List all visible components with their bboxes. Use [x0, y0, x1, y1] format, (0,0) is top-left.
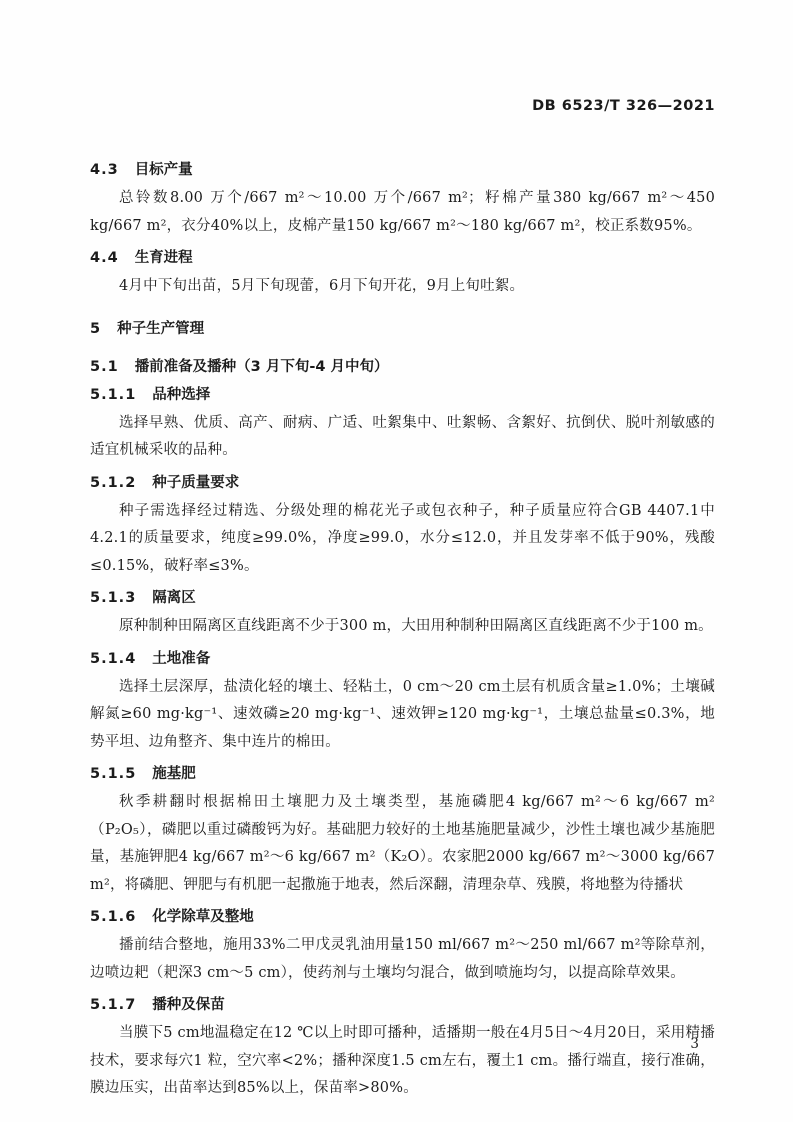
- section-number: 5.1.4: [90, 651, 136, 667]
- section-title: 隔离区: [152, 590, 196, 606]
- section-5-1-1: 5.1.1品种选择 选择早熟、优质、高产、耐病、广适、吐絮集中、吐絮畅、含絮好、…: [90, 385, 715, 465]
- paragraph: 播前结合整地，施用33%二甲戊灵乳油用量150 ml/667 m²～250 ml…: [90, 932, 715, 987]
- section-heading: 5.1.5施基肥: [90, 764, 715, 784]
- section-number: 5.1.3: [90, 590, 136, 606]
- page-content: DB 6523/T 326—2021 4.3目标产量 总铃数8.00 万个/66…: [0, 0, 793, 1103]
- section-5-1-7: 5.1.7播种及保苗 当膜下5 cm地温稳定在12 ℃以上时即可播种，适播期一般…: [90, 995, 715, 1103]
- section-heading: 5.1.2种子质量要求: [90, 473, 715, 493]
- section-5: 5种子生产管理: [90, 319, 715, 339]
- section-number: 5: [90, 321, 101, 337]
- section-5-1-5: 5.1.5施基肥 秋季耕翻时根据棉田土壤肥力及土壤类型，基施磷肥4 kg/667…: [90, 764, 715, 899]
- section-heading: 5.1.3隔离区: [90, 588, 715, 608]
- section-number: 4.4: [90, 250, 119, 266]
- paragraph: 选择土层深厚，盐渍化轻的壤土、轻粘土，0 cm～20 cm土层有机质含量≥1.0…: [90, 674, 715, 757]
- section-number: 5.1.6: [90, 909, 136, 925]
- paragraph: 秋季耕翻时根据棉田土壤肥力及土壤类型，基施磷肥4 kg/667 m²～6 kg/…: [90, 789, 715, 899]
- section-title: 种子质量要求: [152, 475, 239, 491]
- section-title: 施基肥: [152, 766, 196, 782]
- standard-code: DB 6523/T 326—2021: [90, 98, 715, 114]
- section-heading: 4.3目标产量: [90, 160, 715, 180]
- section-title: 生育进程: [135, 250, 193, 266]
- section-heading: 5.1.1品种选择: [90, 385, 715, 405]
- section-title: 播种及保苗: [152, 997, 225, 1013]
- section-4-4: 4.4生育进程 4月中下旬出苗，5月下旬现蕾，6月下旬开花，9月上旬吐絮。: [90, 248, 715, 301]
- paragraph: 原种制种田隔离区直线距离不少于300 m，大田用种制种田隔离区直线距离不少于10…: [90, 613, 715, 641]
- paragraph: 种子需选择经过精选、分级处理的棉花光子或包衣种子，种子质量应符合GB 4407.…: [90, 498, 715, 581]
- section-number: 5.1.5: [90, 766, 136, 782]
- paragraph: 4月中下旬出苗，5月下旬现蕾，6月下旬开花，9月上旬吐絮。: [90, 273, 715, 301]
- section-title: 化学除草及整地: [152, 909, 254, 925]
- section-title: 播前准备及播种（3 月下旬-4 月中旬）: [135, 359, 389, 375]
- section-title: 种子生产管理: [117, 321, 204, 337]
- paragraph: 选择早熟、优质、高产、耐病、广适、吐絮集中、吐絮畅、含絮好、抗倒伏、脱叶剂敏感的…: [90, 410, 715, 465]
- section-heading: 5.1.6化学除草及整地: [90, 907, 715, 927]
- paragraph: 当膜下5 cm地温稳定在12 ℃以上时即可播种，适播期一般在4月5日～4月20日…: [90, 1020, 715, 1103]
- section-5-1-3: 5.1.3隔离区 原种制种田隔离区直线距离不少于300 m，大田用种制种田隔离区…: [90, 588, 715, 641]
- section-title: 土地准备: [152, 651, 210, 667]
- section-number: 4.3: [90, 162, 119, 178]
- page-number: 3: [690, 1036, 699, 1052]
- section-number: 5.1.2: [90, 475, 136, 491]
- section-heading: 5.1播前准备及播种（3 月下旬-4 月中旬）: [90, 357, 715, 377]
- section-title: 品种选择: [152, 387, 210, 403]
- section-title: 目标产量: [135, 162, 193, 178]
- chapter-heading: 5种子生产管理: [90, 319, 715, 339]
- section-heading: 5.1.4土地准备: [90, 649, 715, 669]
- section-number: 5.1.7: [90, 997, 136, 1013]
- paragraph: 总铃数8.00 万个/667 m²～10.00 万个/667 m²；籽棉产量38…: [90, 185, 715, 240]
- section-5-1: 5.1播前准备及播种（3 月下旬-4 月中旬）: [90, 357, 715, 377]
- section-number: 5.1: [90, 359, 119, 375]
- section-number: 5.1.1: [90, 387, 136, 403]
- document-page: DB 6523/T 326—2021 4.3目标产量 总铃数8.00 万个/66…: [0, 0, 793, 1122]
- section-5-1-4: 5.1.4土地准备 选择土层深厚，盐渍化轻的壤土、轻粘土，0 cm～20 cm土…: [90, 649, 715, 757]
- section-5-1-2: 5.1.2种子质量要求 种子需选择经过精选、分级处理的棉花光子或包衣种子，种子质…: [90, 473, 715, 581]
- section-5-1-6: 5.1.6化学除草及整地 播前结合整地，施用33%二甲戊灵乳油用量150 ml/…: [90, 907, 715, 987]
- section-4-3: 4.3目标产量 总铃数8.00 万个/667 m²～10.00 万个/667 m…: [90, 160, 715, 240]
- section-heading: 4.4生育进程: [90, 248, 715, 268]
- section-heading: 5.1.7播种及保苗: [90, 995, 715, 1015]
